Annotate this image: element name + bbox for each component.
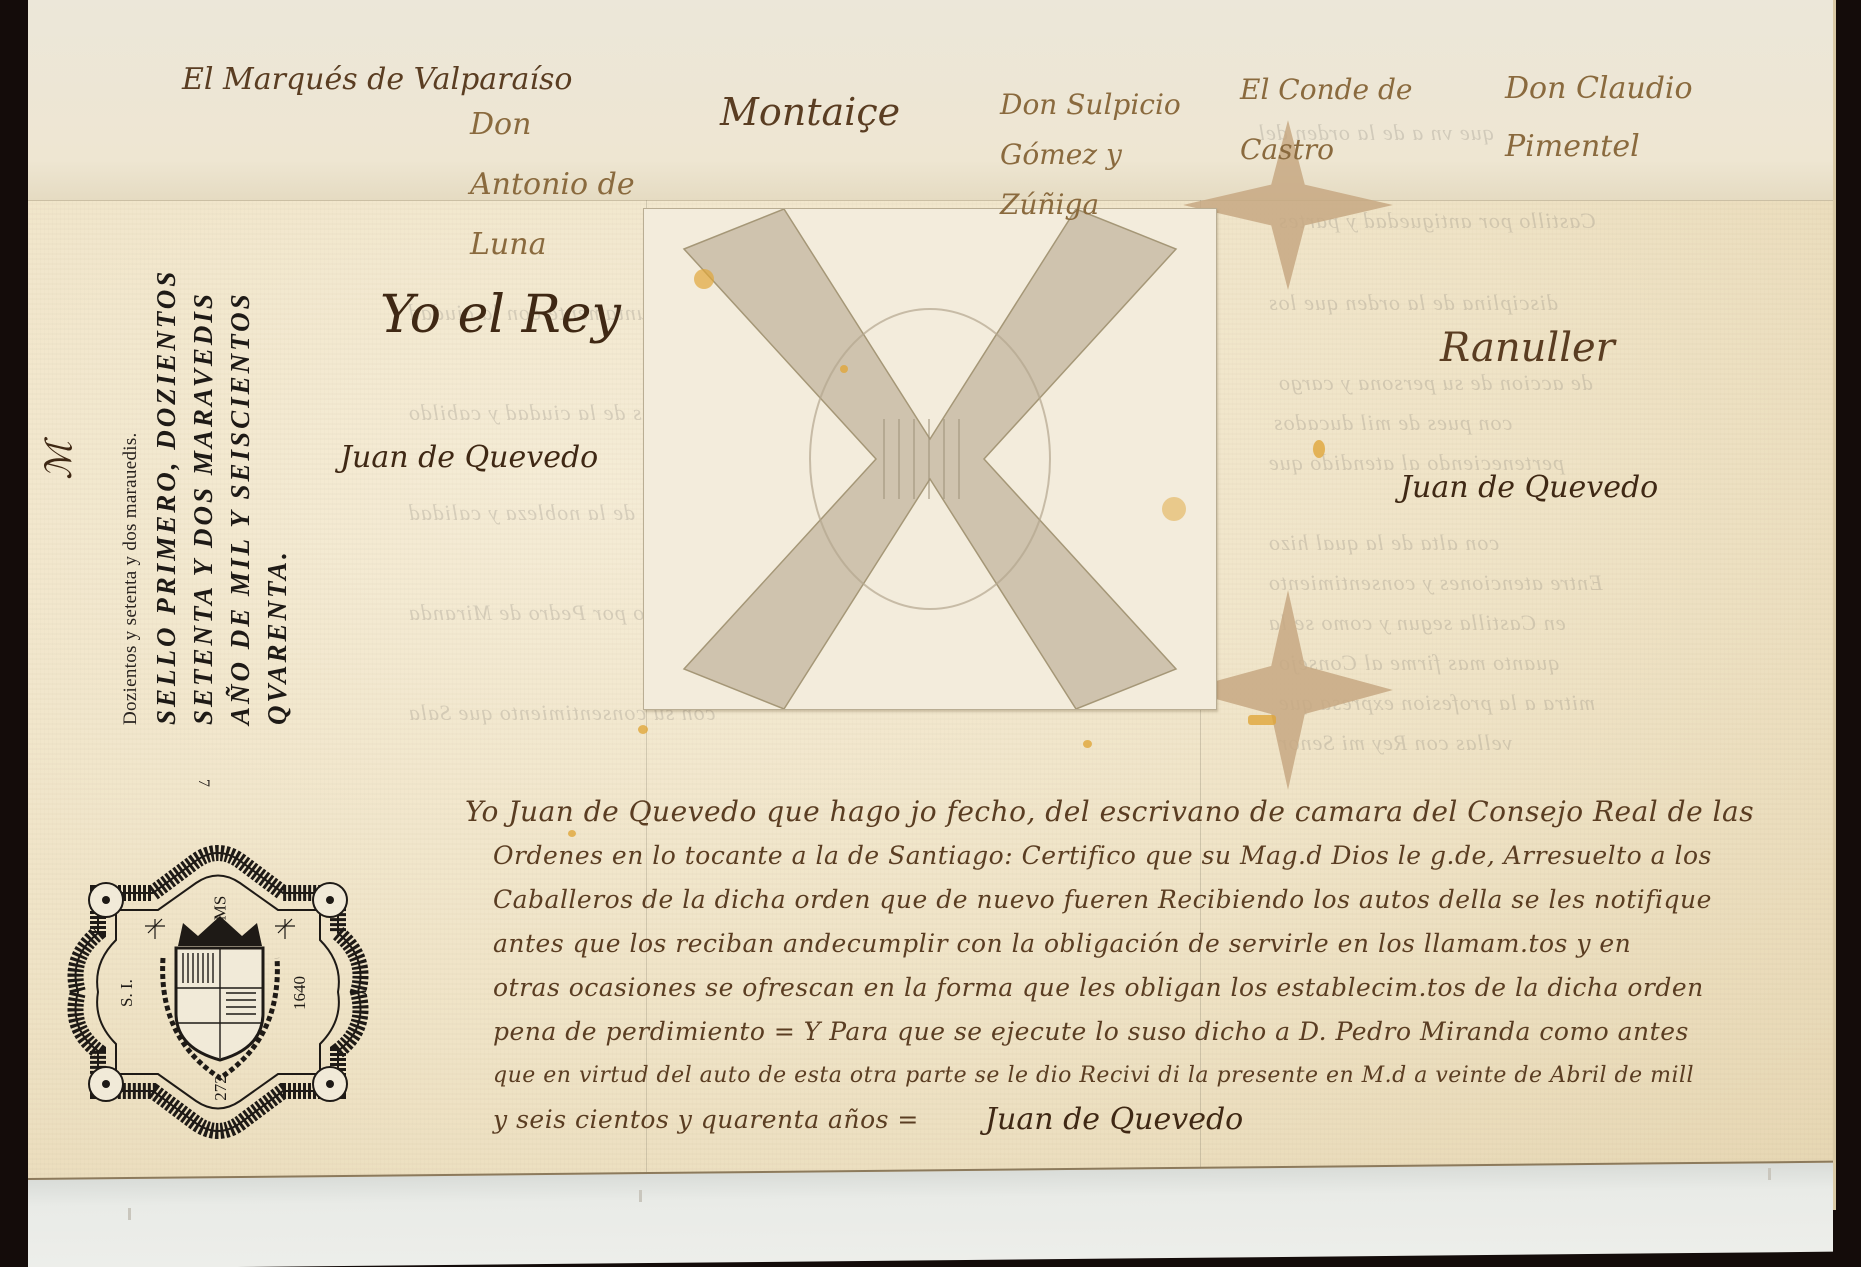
certificate-line: antes que los reciban andecumplir con la… — [493, 922, 1795, 966]
certificate-line: que en virtud del auto de esta otra part… — [493, 1054, 1795, 1098]
stamp-heading-line-3: AÑO DE MIL Y SEISCIENTOS — [222, 165, 259, 725]
folded-bottom-flap — [28, 1161, 1833, 1267]
signature-antonio-de-luna: Don Antonio de Luna — [470, 95, 640, 275]
seal-label-left: S. I. — [117, 979, 137, 1007]
royal-signature: Yo el Rey — [380, 285, 621, 345]
stamp-heading-line-4: QVARENTA. — [259, 165, 296, 725]
seal-label-right: 1640 — [290, 976, 310, 1010]
signature-conde: El Conde de Castro — [1240, 60, 1440, 180]
signature-montaice: Montaiçe — [720, 90, 900, 134]
stamped-paper-heading: Dozientos y setenta y dos marauedis. SEL… — [120, 165, 296, 725]
stamp-heading-line-2: SETENTA Y DOS MARAVEDIS — [185, 165, 222, 725]
seal-label-bottom: 272 — [211, 1075, 231, 1101]
certificate-line: otras ocasiones se ofrescan en la forma … — [493, 966, 1795, 1010]
embossed-seal-icon — [644, 209, 1216, 709]
certificate-line: Caballeros de la dicha orden que de nuev… — [493, 878, 1795, 922]
wafer-seal — [643, 208, 1217, 710]
stamp-heading-line-1: SELLO PRIMERO, DOZIENTOS — [148, 165, 185, 725]
certificate-text: Yo Juan de Quevedo que hago jo fecho, de… — [465, 790, 1795, 1142]
countersign-left: Juan de Quevedo — [340, 440, 598, 475]
certificate-signature: Juan de Quevedo — [985, 1102, 1243, 1137]
royal-seal-stamp: MS S. I. 1640 272 — [58, 838, 378, 1146]
signature-marques: El Marqués de Valparaíso — [182, 62, 572, 97]
certificate-line: pena de perdimiento = Y Para que se ejec… — [493, 1010, 1795, 1054]
signature-claudio-pimentel: Don Claudio Pimentel — [1505, 60, 1735, 176]
right-signature: Ranuller — [1440, 325, 1615, 371]
stamp-margin-number: 7 — [194, 779, 212, 787]
certificate-line: Ordenes en lo tocante a la de Santiago: … — [493, 834, 1795, 878]
seal-label-top: MS — [210, 896, 230, 921]
countersign-right: Juan de Quevedo — [1400, 470, 1658, 505]
margin-annotation: ℳ — [39, 441, 80, 480]
certificate-line: Yo Juan de Quevedo que hago jo fecho, de… — [465, 790, 1795, 834]
signature-zuniga: Don Sulpicio Gómez y Zúñiga — [1000, 80, 1200, 230]
stamp-denomination: Dozientos y setenta y dos marauedis. — [120, 165, 142, 725]
